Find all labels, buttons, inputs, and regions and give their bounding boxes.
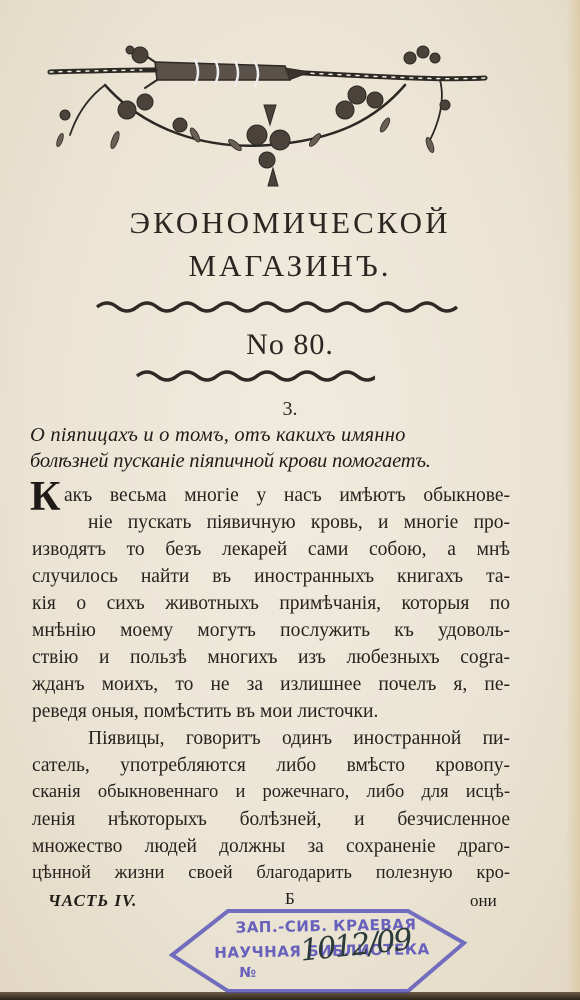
article-heading-line: О піяпицахъ и о томъ, отъ какихъ имянно bbox=[30, 424, 520, 447]
body-text-line: множество людей должны за сохраненіе дра… bbox=[32, 836, 510, 858]
body-text-line: мнѣнію моему могутъ послужить къ удоволь… bbox=[32, 620, 510, 642]
ornamental-divider-icon bbox=[95, 297, 485, 315]
body-text-line: реведя оныя, помѣстить въ мои листочки. bbox=[32, 701, 510, 723]
body-text-line: жданъ моихъ, то не за излишнее почелъ я,… bbox=[32, 674, 510, 696]
issue-number: No 80. bbox=[0, 328, 580, 362]
body-text-line: кія о сихъ животныхъ примѣчанія, которыя… bbox=[32, 593, 510, 615]
body-text-line: ленія нѣкоторыхъ болѣзней, и безчисленно… bbox=[32, 809, 510, 831]
body-text-line: цѣнной жизни своей благодарить полезную … bbox=[32, 863, 510, 884]
journal-title-line-2: МАГАЗИНЪ. bbox=[0, 248, 580, 284]
body-text-line: случилось найти въ иностранныхъ книгахъ … bbox=[32, 566, 510, 588]
body-text-line: акъ весьма многіе у насъ имѣютъ обыкнове… bbox=[64, 485, 510, 507]
body-text-line: ніе пускать піявичную кровь, и многіе пр… bbox=[88, 512, 510, 534]
body-text-line: ствію и пользѣ многихъ изъ любезныхъ сog… bbox=[32, 647, 510, 669]
body-text-line: Піявицы, говоритъ одинъ иностранной пи- bbox=[88, 728, 510, 750]
article-heading-line: болѣзней пусканіе піяпичной крови помога… bbox=[30, 450, 520, 473]
journal-title-line-1: ЭКОНОМИЧЕСКОЙ bbox=[0, 205, 580, 241]
part-label: ЧАСТЬ IV. bbox=[48, 891, 137, 911]
body-text-line: сатель, употребляются либо вмѣсто кровоп… bbox=[32, 755, 510, 777]
page-edge bbox=[566, 0, 580, 992]
ornamental-divider-icon bbox=[135, 366, 375, 384]
floral-vignette-icon bbox=[45, 40, 495, 190]
section-number: 3. bbox=[0, 398, 580, 421]
body-text-line: сканія обыкновеннаго и рожечнаго, либо д… bbox=[32, 782, 510, 803]
drop-cap: К bbox=[30, 476, 60, 518]
body-text-line: изводятъ то безъ лекарей сами собою, а м… bbox=[32, 539, 510, 561]
catchword: они bbox=[470, 891, 497, 911]
